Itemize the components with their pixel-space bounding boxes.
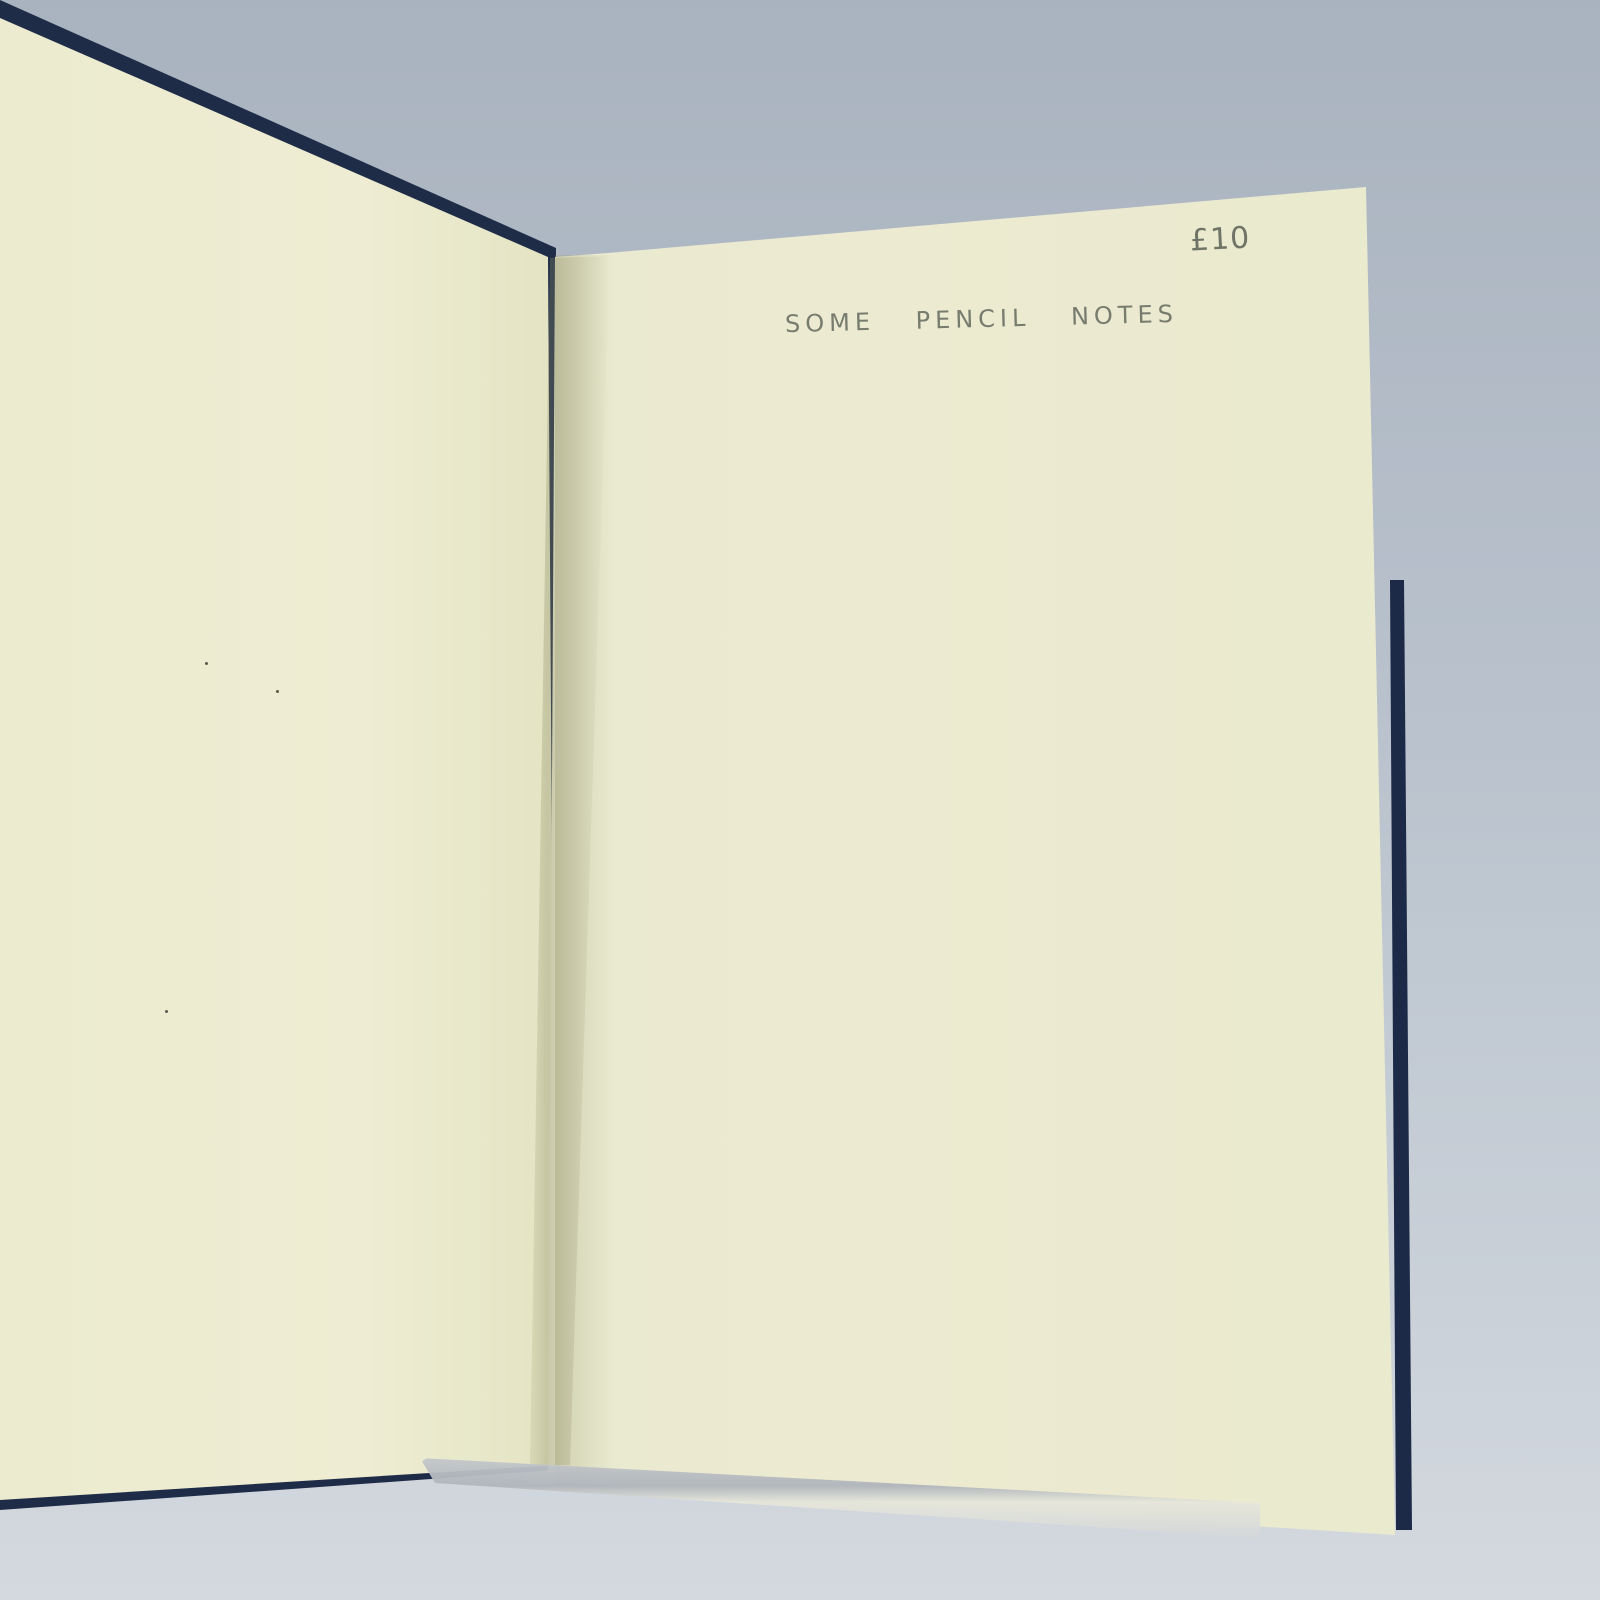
- foxing-speck: [205, 662, 208, 665]
- right-cover-edge: [1390, 580, 1412, 1530]
- foxing-speck: [276, 690, 279, 693]
- foxing-speck: [165, 1010, 168, 1013]
- photo-scene: £10 SOME PENCIL NOTES: [0, 0, 1600, 1600]
- pencil-price-note: £10: [1189, 220, 1251, 258]
